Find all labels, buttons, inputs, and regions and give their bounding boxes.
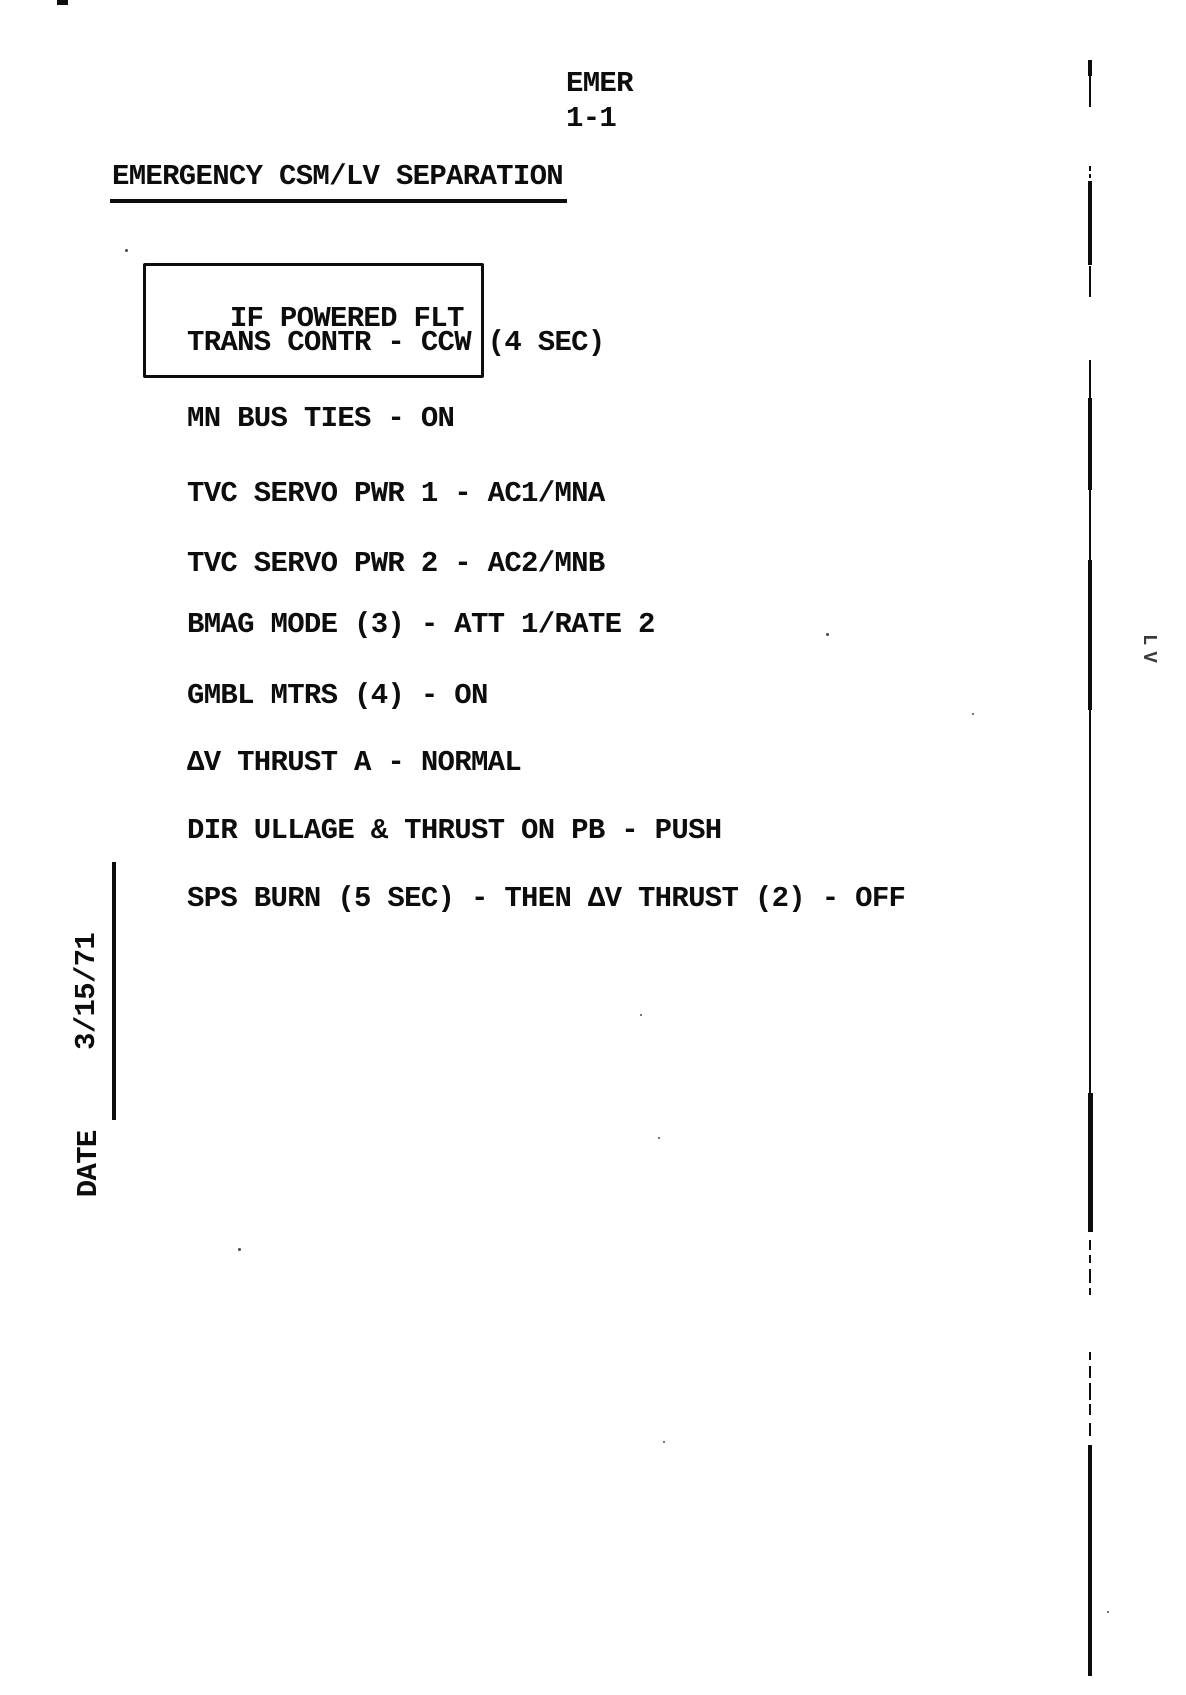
page-edge-rule-dash — [1089, 1366, 1091, 1378]
page-edge-rule-dash — [1089, 1269, 1091, 1283]
checklist-step: TVC SERVO PWR 2 - AC2/MNB — [187, 547, 605, 581]
page-edge-rule-segment — [1089, 76, 1091, 107]
scan-tick-mark — [57, 0, 68, 5]
scan-speckle — [1107, 1611, 1109, 1613]
page-edge-rule-segment — [1088, 1093, 1093, 1232]
page-edge-rule-segment — [1088, 398, 1092, 490]
checklist-step: TRANS CONTR - CCW (4 SEC) — [187, 326, 605, 360]
page-edge-rule-dash — [1089, 1352, 1091, 1360]
date-value: 3/15/71 — [70, 933, 103, 1050]
date-block: DATE3/15/71 — [8, 892, 66, 1264]
scan-speckle — [826, 633, 829, 636]
page-code: EMER 1-1 — [566, 66, 633, 136]
checklist-step: ΔV THRUST A - NORMAL — [187, 746, 521, 780]
condition-box: IF POWERED FLT — [143, 263, 484, 378]
page-edge-rule-dash — [1089, 1288, 1091, 1295]
scan-speckle — [972, 713, 974, 715]
checklist-step: BMAG MODE (3) - ATT 1/RATE 2 — [187, 608, 655, 642]
checklist-step: TVC SERVO PWR 1 - AC1/MNA — [187, 477, 605, 511]
checklist-step: MN BUS TIES - ON — [187, 402, 454, 436]
checklist-step: DIR ULLAGE & THRUST ON PB - PUSH — [187, 814, 722, 848]
checklist-step: SPS BURN (5 SEC) - THEN ΔV THRUST (2) - … — [187, 882, 905, 916]
date-underline: 3/15/71 — [62, 862, 116, 1120]
page-edge-rule-dash — [1089, 1423, 1091, 1436]
scan-speckle — [125, 249, 128, 252]
page-edge-rule-segment — [1089, 174, 1091, 178]
page-edge-rule-segment — [1089, 166, 1091, 171]
page-edge-rule-segment — [1089, 266, 1091, 297]
scan-speckle — [663, 1441, 665, 1443]
edge-tab-label: LV — [1140, 634, 1160, 678]
page-code-number: 1-1 — [566, 101, 633, 136]
page-edge-rule-segment — [1088, 1445, 1092, 1676]
page-edge-rule-segment — [1088, 560, 1092, 710]
checklist-page: EMER 1-1 EMERGENCY CSM/LV SEPARATION IF … — [0, 0, 1186, 1695]
scan-speckle — [658, 1137, 660, 1139]
checklist-step: GMBL MTRS (4) - ON — [187, 679, 488, 713]
page-edge-rule-segment — [1088, 181, 1092, 265]
page-title: EMERGENCY CSM/LV SEPARATION — [110, 160, 567, 203]
page-code-section: EMER — [566, 66, 633, 101]
page-edge-rule-dash — [1089, 1383, 1091, 1400]
page-edge-rule-dash — [1089, 1240, 1091, 1250]
scan-speckle — [238, 1248, 241, 1251]
page-edge-rule-dash — [1089, 1255, 1091, 1263]
scan-speckle — [640, 1014, 642, 1016]
date-label: DATE — [72, 1130, 105, 1197]
page-edge-rule-dash — [1089, 1404, 1091, 1415]
page-edge-rule-segment — [1088, 60, 1092, 76]
